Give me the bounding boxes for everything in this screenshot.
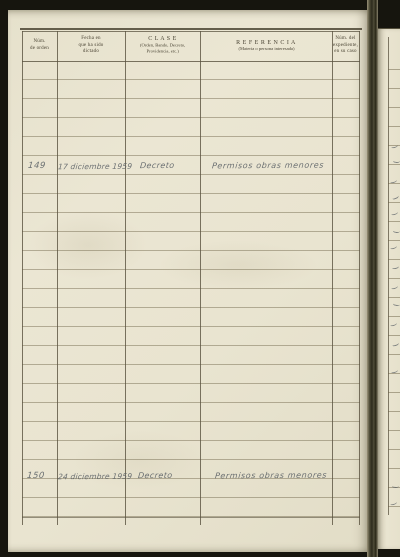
entry-order-number: 150 — [27, 471, 46, 481]
entry-reference: Permisos obras menores — [212, 161, 325, 171]
column-header-expediente: Núm. del expediente, en su caso — [332, 31, 359, 61]
binding-gutter — [367, 0, 378, 557]
entry-date: 17 diciembre 1959 — [58, 162, 133, 172]
scan-background: Núm. de orden Fecha en que ha sido dicta… — [0, 0, 400, 557]
column-header-label: Núm. del expediente, en su caso — [333, 36, 358, 56]
column-header-title: R E F E R E N C I A — [236, 39, 296, 47]
column-header-label: Fecha en que ha sido dictado — [79, 36, 104, 56]
column-header-label: Núm. de orden — [30, 39, 49, 53]
column-header-referencia: R E F E R E N C I A (Materia o persona i… — [200, 31, 332, 61]
entry-class: Decreto — [138, 471, 173, 480]
column-header-num-orden: Núm. de orden — [22, 31, 57, 61]
column-header-fecha: Fecha en que ha sido dictado — [57, 31, 125, 61]
column-header-clase: C L A S E (Orden, Bando, Decreto, Provid… — [125, 31, 200, 61]
table-bottom-rule — [22, 517, 360, 518]
entry-reference: Permisos obras menores — [215, 471, 328, 481]
column-rule — [125, 31, 126, 525]
register-entry-150: 150 24 diciembre 1959 Decreto Permisos o… — [8, 471, 368, 487]
entry-order-number: 149 — [28, 161, 47, 171]
register-table: Núm. de orden Fecha en que ha sido dicta… — [22, 31, 360, 525]
adjacent-page-ruled-rows — [388, 51, 400, 507]
column-rule — [22, 31, 23, 525]
column-rule — [359, 31, 360, 525]
column-rule — [200, 31, 201, 525]
column-rule — [332, 31, 333, 525]
column-rule — [57, 31, 58, 525]
table-top-heavy-rule — [20, 28, 362, 30]
column-header-title: C L A S E — [148, 35, 177, 43]
entry-class: Decreto — [140, 161, 175, 170]
adjacent-page-edge — [378, 28, 400, 549]
register-entry-149: 149 17 diciembre 1959 Decreto Permisos o… — [8, 161, 368, 177]
entry-date: 24 diciembre 1959 — [58, 472, 133, 482]
ruled-rows — [22, 61, 360, 517]
table-header-row: Núm. de orden Fecha en que ha sido dicta… — [22, 31, 360, 61]
ledger-page: Núm. de orden Fecha en que ha sido dicta… — [8, 10, 368, 552]
column-header-subtitle: (Materia o persona interesada) — [238, 47, 294, 53]
column-header-subtitle: (Orden, Bando, Decreto, Providencia, etc… — [140, 44, 185, 56]
